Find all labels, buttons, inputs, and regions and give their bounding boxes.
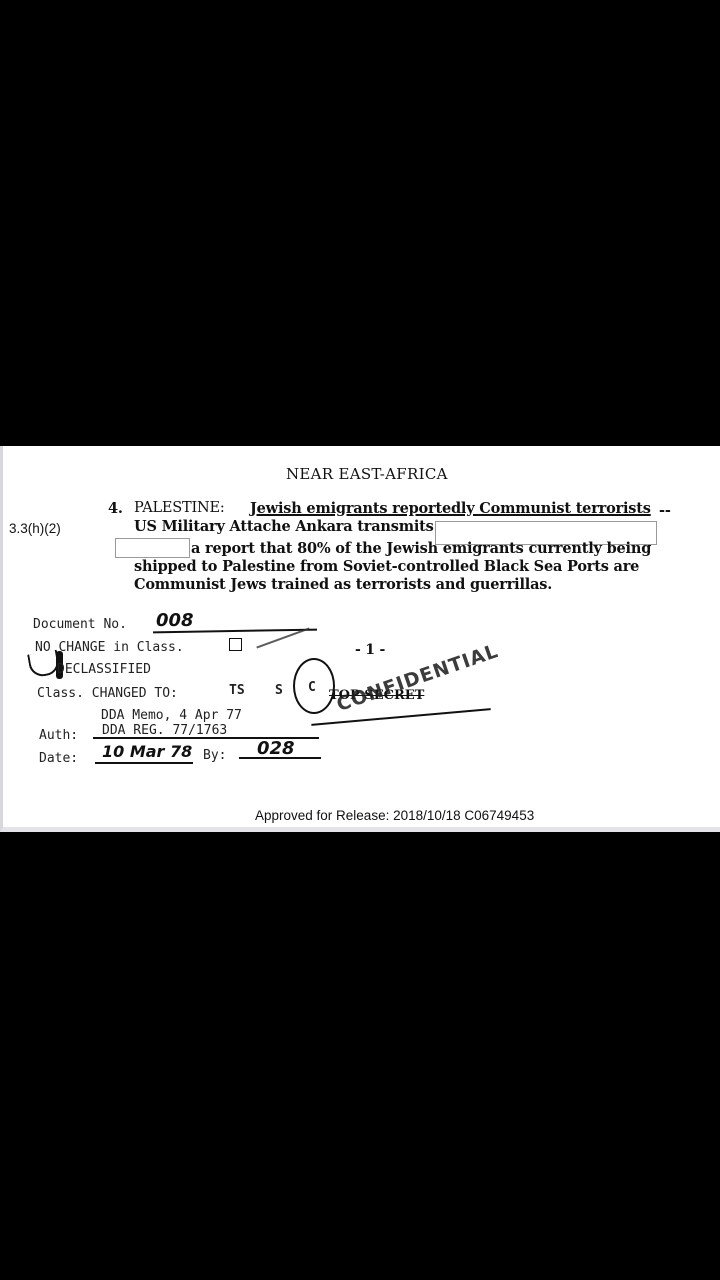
date-underline [95, 762, 193, 764]
item-line-5: Communist Jews trained as terrorists and… [134, 576, 552, 593]
class-option-c[interactable]: C [308, 680, 316, 695]
margin-exemption-code: 3.3(h)(2) [9, 521, 61, 536]
by-label: By: [203, 748, 226, 763]
item-line-2: US Military Attache Ankara transmits [134, 518, 434, 535]
auth-label: Auth: [39, 728, 78, 743]
no-change-checkbox[interactable] [229, 638, 242, 651]
by-value: 028 [257, 738, 295, 759]
page-number: - 1 - [355, 642, 385, 658]
item-line-4: shipped to Palestine from Soviet-control… [134, 558, 639, 575]
by-underline [239, 757, 321, 759]
document-page: NEAR EAST-AFRICA 3.3(h)(2) 4. PALESTINE:… [0, 446, 720, 832]
section-header: NEAR EAST-AFRICA [286, 465, 448, 483]
date-value: 10 Mar 78 [102, 742, 192, 761]
item-number: 4. [108, 500, 123, 517]
declassified-label: DECLASSIFIED [57, 662, 151, 677]
item-topic: PALESTINE: [134, 500, 225, 516]
redaction-box-2 [115, 538, 190, 558]
headline-dash: -- [659, 502, 671, 519]
class-changed-label: Class. CHANGED TO: [37, 686, 178, 701]
document-no-value: 008 [156, 610, 194, 631]
class-option-s[interactable]: S [275, 683, 283, 698]
auth-memo: DDA Memo, 4 Apr 77 [101, 708, 242, 723]
class-option-ts[interactable]: TS [229, 683, 245, 698]
auth-value: DDA REG. 77/1763 [102, 723, 227, 738]
release-footer: Approved for Release: 2018/10/18 C067494… [255, 808, 534, 823]
date-label: Date: [39, 751, 78, 766]
item-line-3: a report that 80% of the Jewish emigrant… [191, 540, 651, 557]
item-headline: Jewish emigrants reportedly Communist te… [250, 500, 651, 517]
document-no-label: Document No. [33, 617, 127, 632]
